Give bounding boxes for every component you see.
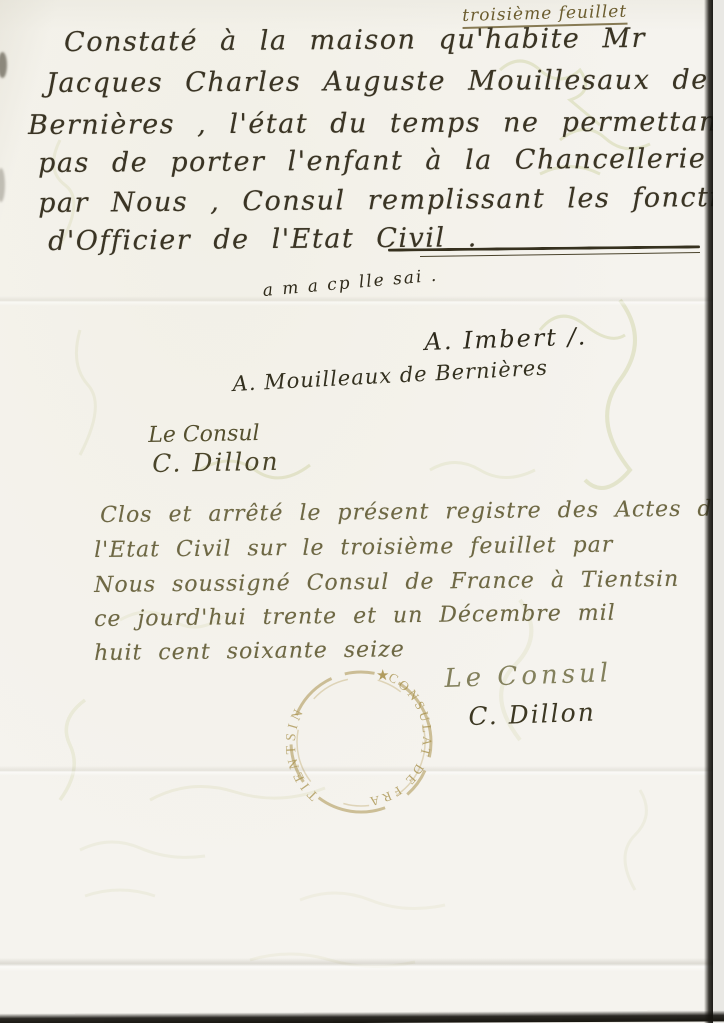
fold-crease <box>0 958 724 972</box>
scan-bottom-shadow <box>0 1010 724 1023</box>
body-line-3: Bernières , l'état du temps ne permettan… <box>28 106 724 141</box>
signature-dillon-right: C. Dillon <box>468 698 596 731</box>
signature-imbert: A. Imbert /. <box>424 322 588 356</box>
body-line-6: d'Officier de l'Etat Civil . <box>48 222 478 257</box>
consular-round-stamp: ★ CONSULAT DE FRANCE TIENTSIN <box>272 658 450 830</box>
closing-line-1: Clos et arrêté le présent registre des A… <box>100 496 724 528</box>
signature-dillon-left: C. Dillon <box>152 447 280 478</box>
signature-mouilleaux-de-bernieres: A. Mouilleaux de Bernières <box>232 355 549 395</box>
scan-right-margin <box>713 0 724 1023</box>
edge-smudge <box>0 52 7 78</box>
edge-smudge <box>0 168 5 202</box>
consul-title-left: Le Consul <box>148 421 260 448</box>
fold-crease <box>0 296 724 306</box>
closing-line-2: l'Etat Civil sur le troisième feuillet p… <box>94 533 613 563</box>
body-line-4: pas de porter l'enfant à la Chancellerie… <box>38 143 724 179</box>
scan-right-shadow <box>704 0 713 1023</box>
body-line-1: Constaté à la maison qu'habite Mr <box>64 23 646 58</box>
marginal-note: a m a cp lle sai . <box>262 266 439 301</box>
consul-title-right: Le Consul <box>444 658 613 694</box>
closing-line-4: ce jourd'hui trente et un Décembre mil <box>94 601 616 632</box>
stamp-text-tientsin: TIENTSIN <box>284 704 322 803</box>
stamp-inner-ring <box>279 660 443 824</box>
scanned-manuscript-page: troisième feuillet Constaté à la maison … <box>0 0 724 1023</box>
body-line-5: par Nous , Consul remplissant les foncti… <box>38 182 724 219</box>
svg-text:TIENTSIN: TIENTSIN <box>284 704 322 803</box>
closing-line-3: Nous soussigné Consul de France à Tients… <box>94 567 679 598</box>
body-line-2: Jacques Charles Auguste Mouillesaux de <box>46 65 709 99</box>
